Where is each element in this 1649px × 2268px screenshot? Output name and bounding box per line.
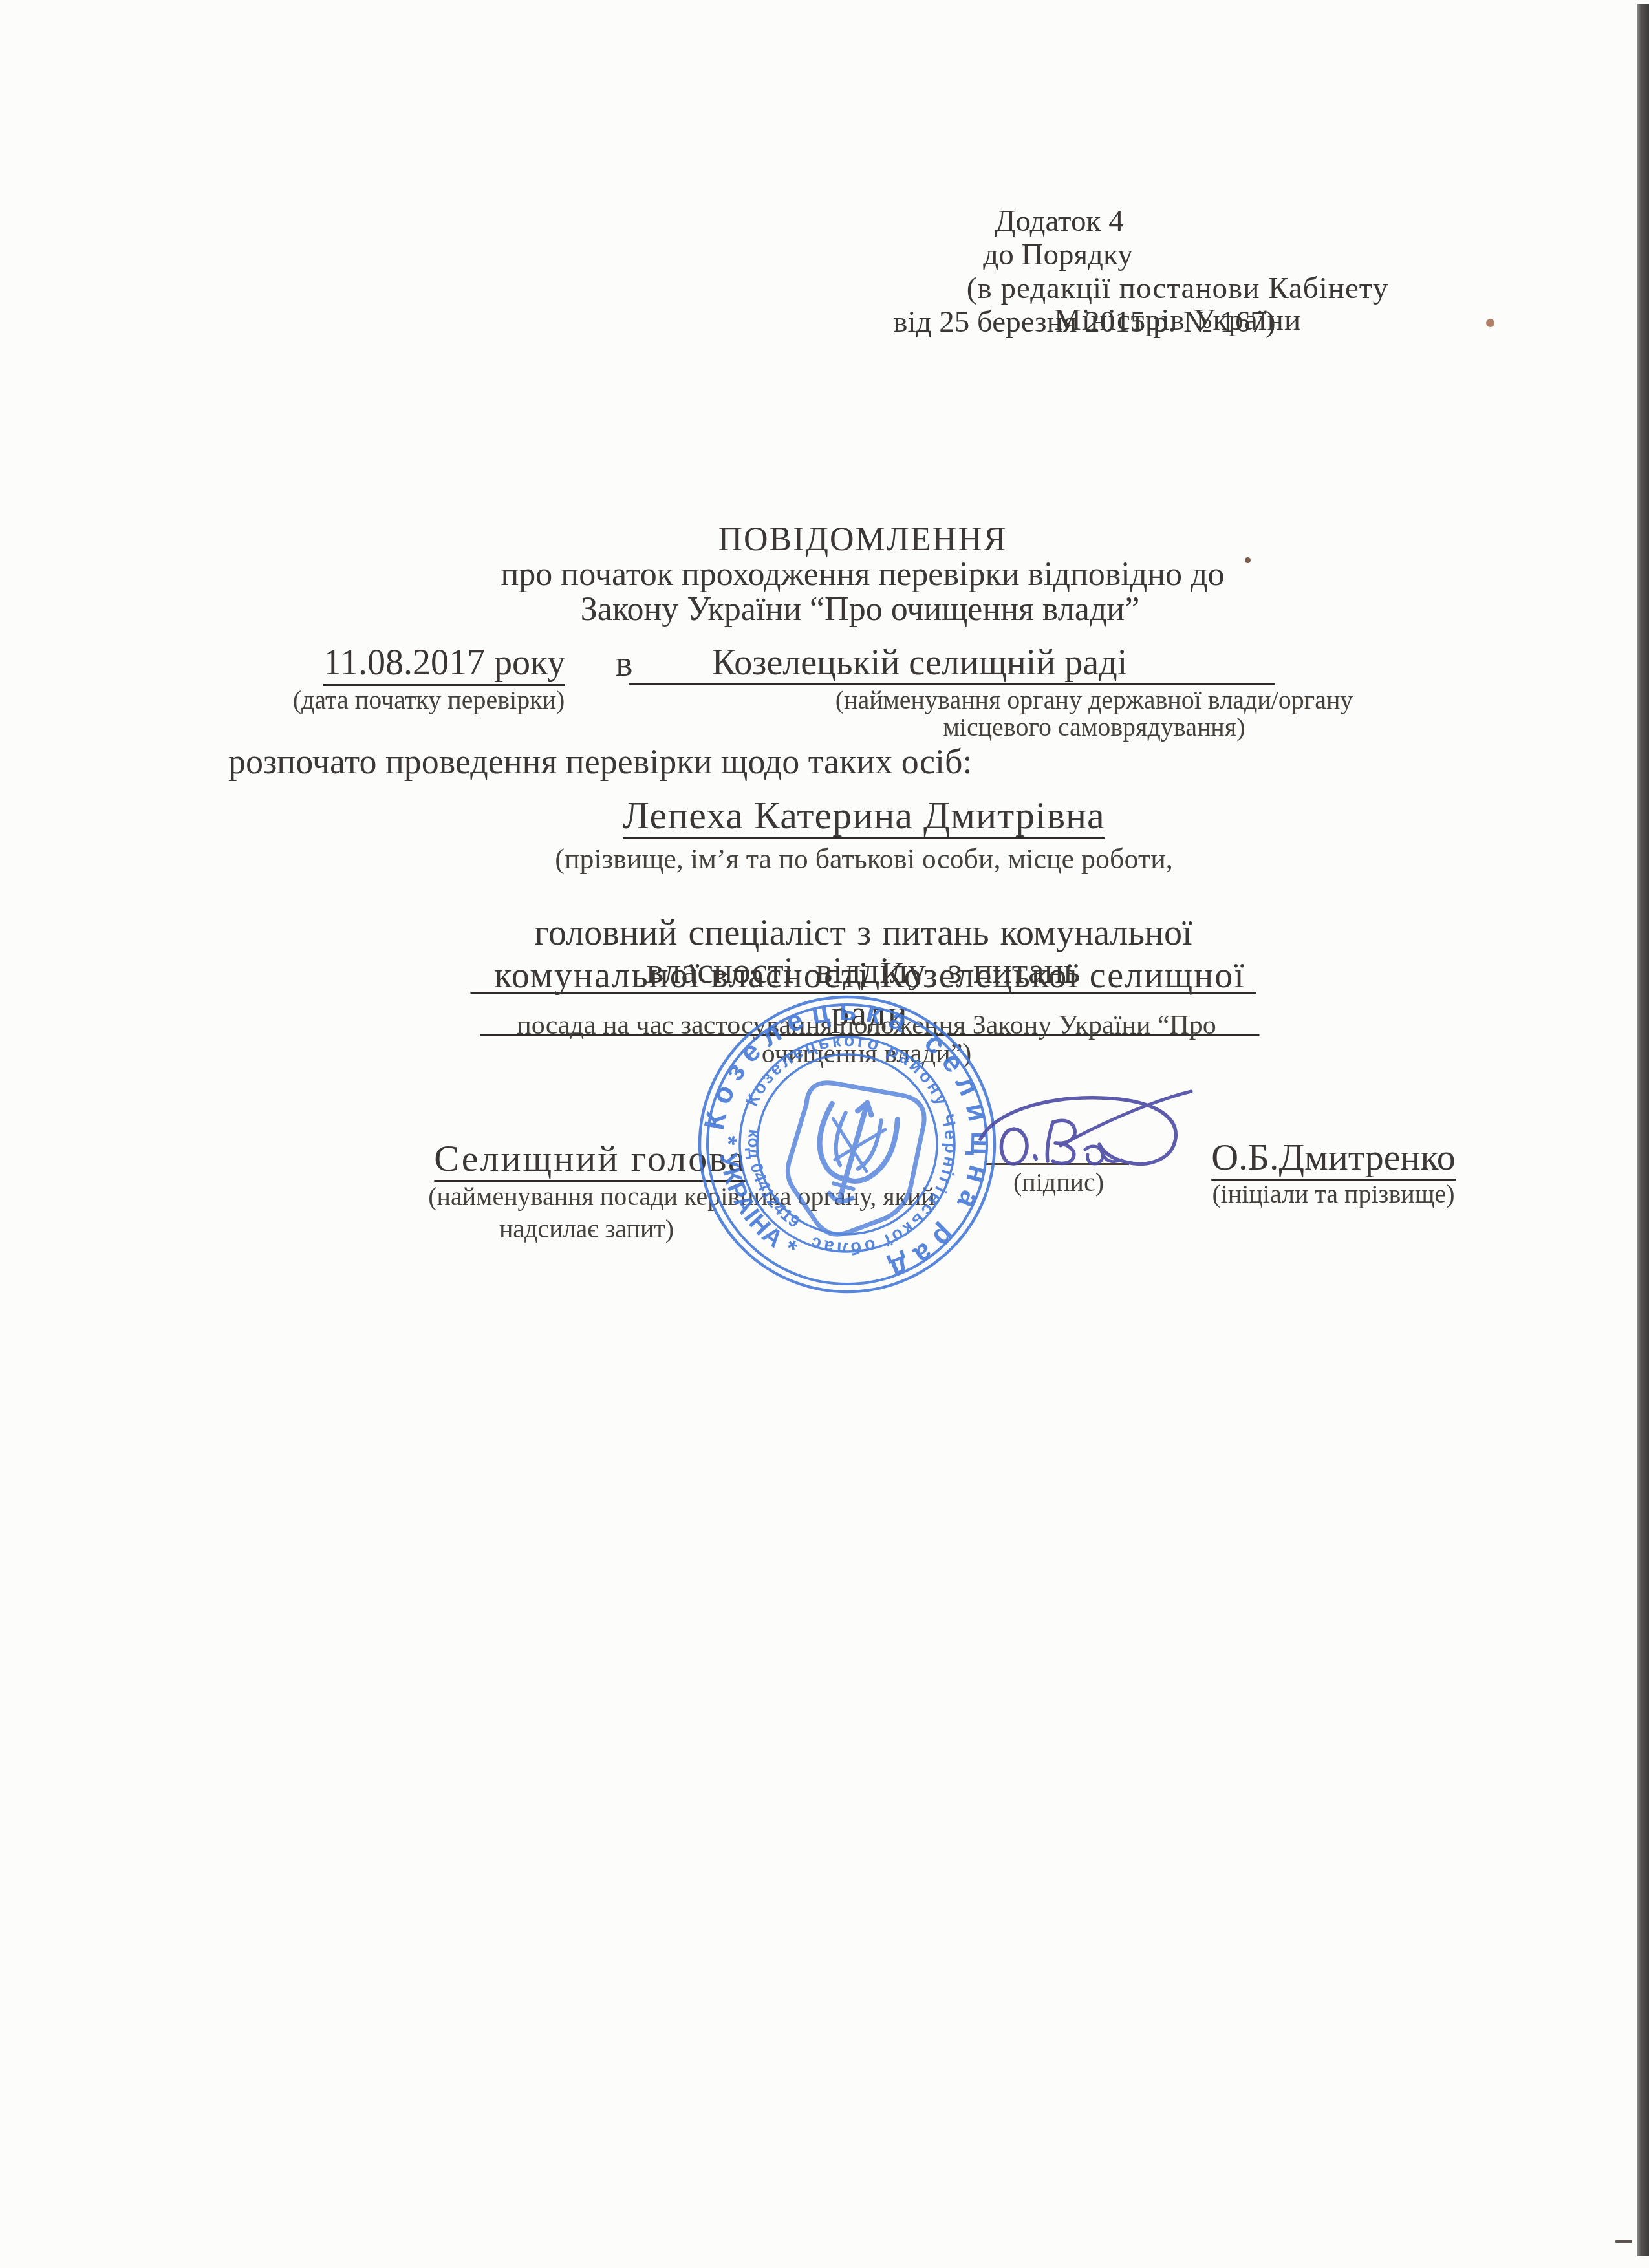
header-line-1: Додаток 4 bbox=[995, 206, 1123, 237]
scan-speck bbox=[1245, 557, 1251, 563]
stamp-inner-text: Козелецького району Чернігівської област… bbox=[0, 0, 961, 1258]
check-start-date: 11.08.2017 року bbox=[323, 644, 565, 682]
header-line-4: від 25 березня 2015 р. № 167) bbox=[893, 306, 1275, 338]
intro-line: розпочато проведення перевірки щодо таки… bbox=[228, 744, 972, 780]
scan-edge-shadow bbox=[1637, 4, 1649, 2256]
organization-name: Козелецькій селищній раді bbox=[629, 644, 1275, 685]
signer-role-caption-2: надсилає запит) bbox=[499, 1215, 674, 1243]
scan-speck bbox=[1486, 319, 1494, 327]
signer-name-caption: (ініціали та прізвище) bbox=[1212, 1181, 1454, 1208]
person-name: Лепеха Катерина Дмитрівна bbox=[623, 795, 1105, 839]
header-line-2: до Порядку bbox=[983, 239, 1132, 271]
signer-name: О.Б.Дмитренко bbox=[1211, 1138, 1456, 1181]
person-caption: (прізвище, ім’я та по батькові особи, мі… bbox=[555, 844, 1172, 874]
doc-subtitle-1: про початок проходження перевірки відпов… bbox=[501, 557, 1224, 593]
organization-caption: (найменування органу державної влади/орг… bbox=[817, 687, 1372, 741]
doc-subtitle-2: Закону України “Про очищення влади” bbox=[581, 592, 1140, 628]
handwritten-signature bbox=[957, 1073, 1216, 1190]
doc-title: ПОВІДОМЛЕННЯ bbox=[718, 522, 1007, 558]
scanned-document: { "document": { "header": { "line1": "До… bbox=[0, 0, 1649, 2268]
date-caption: (дата початку перевірки) bbox=[293, 687, 565, 714]
scan-edge-mark bbox=[1615, 2240, 1632, 2243]
